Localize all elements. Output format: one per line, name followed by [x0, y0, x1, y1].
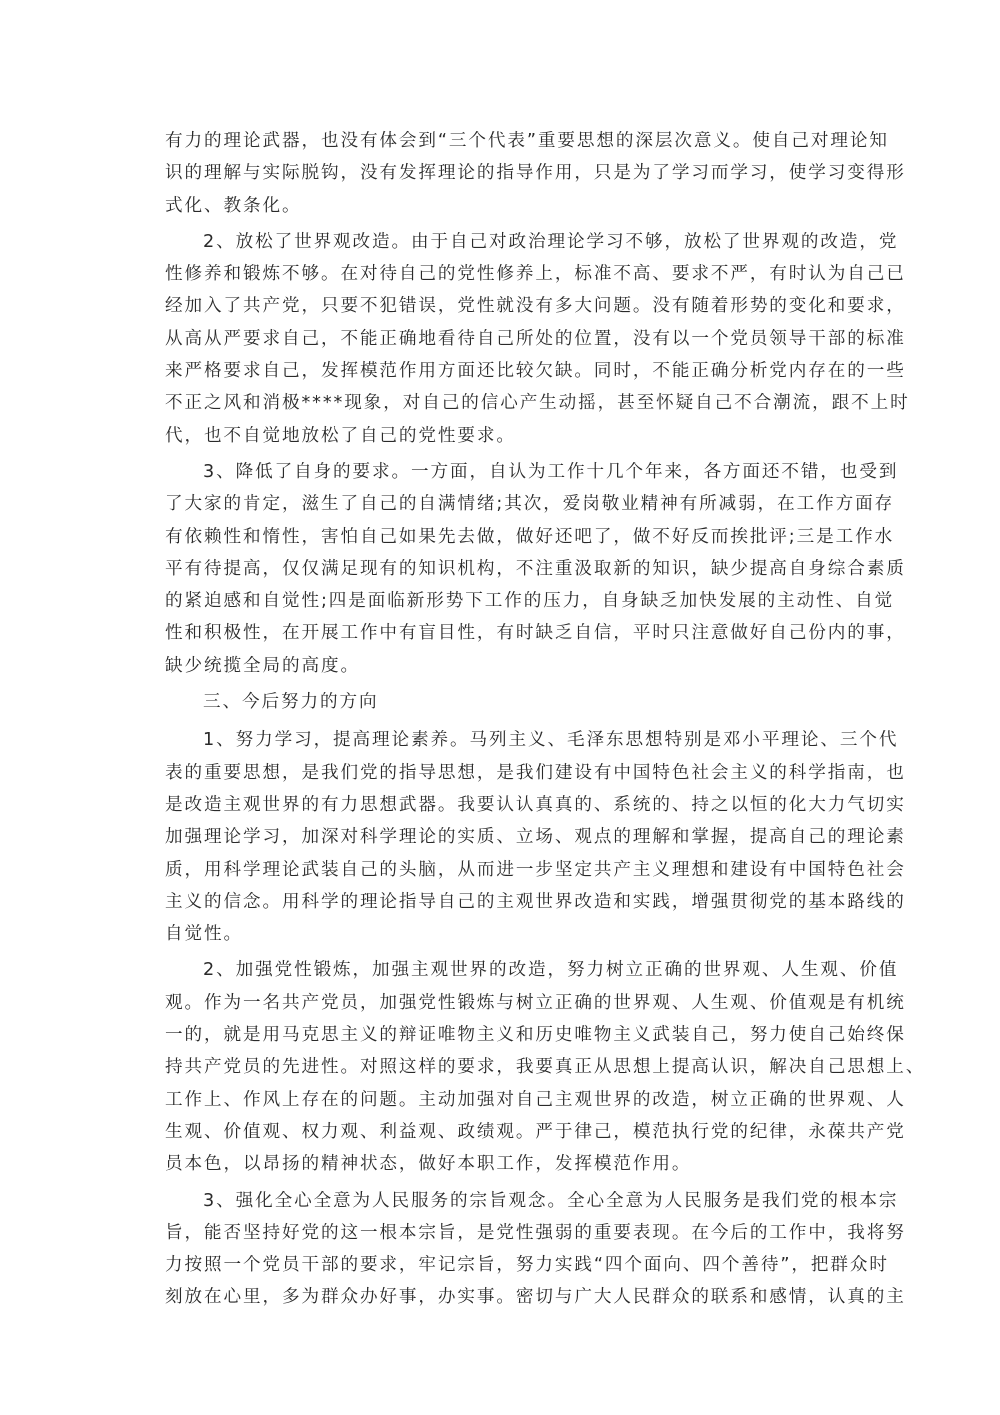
text-line: 缺少统揽全局的高度。: [165, 650, 837, 682]
text-line: 一的，就是用马克思主义的辩证唯物主义和历史唯物主义武装自己，努力使自己始终保: [165, 1019, 837, 1051]
text-line: 持共产党员的先进性。对照这样的要求，我要真正从思想上提高认识，解决自己思想上、: [165, 1051, 837, 1083]
text-line: 是改造主观世界的有力思想武器。我要认认真真的、系统的、持之以恒的化大力气切实: [165, 789, 837, 821]
text-line: 2、放松了世界观改造。由于自己对政治理论学习不够，放松了世界观的改造，党: [165, 226, 837, 258]
section-heading: 三、今后努力的方向: [165, 686, 837, 718]
paragraph-study-theory: 1、努力学习，提高理论素养。马列主义、毛泽东思想特别是邓小平理论、三个代 表的重…: [165, 724, 837, 950]
paragraph-serve-people: 3、强化全心全意为人民服务的宗旨观念。全心全意为人民服务是我们党的根本宗 旨，能…: [165, 1185, 837, 1314]
text-line: 经加入了共产党，只要不犯错误，党性就没有多大问题。没有随着形势的变化和要求，: [165, 290, 837, 322]
paragraph-lowered-requirements: 3、降低了自身的要求。一方面，自认为工作十几个年来，各方面还不错，也受到 了大家…: [165, 456, 837, 682]
text-line: 力按照一个党员干部的要求，牢记宗旨，努力实践“四个面向、四个善待”，把群众时: [165, 1249, 837, 1281]
text-line: 了大家的肯定，滋生了自己的自满情绪;其次，爱岗敬业精神有所减弱，在工作方面存: [165, 488, 837, 520]
text-line: 主义的信念。用科学的理论指导自己的主观世界改造和实践，增强贯彻党的基本路线的: [165, 886, 837, 918]
text-line: 刻放在心里，多为群众办好事，办实事。密切与广大人民群众的联系和感情，认真的主: [165, 1281, 837, 1313]
text-line: 代，也不自觉地放松了自己的党性要求。: [165, 420, 837, 452]
text-line: 员本色，以昂扬的精神状态，做好本职工作，发挥模范作用。: [165, 1148, 837, 1180]
text-line: 有依赖性和惰性，害怕自己如果先去做，做好还吧了，做不好反而挨批评;三是工作水: [165, 521, 837, 553]
text-line: 质，用科学理论武装自己的头脑，从而进一步坚定共产主义理想和建设有中国特色社会: [165, 854, 837, 886]
text-line: 有力的理论武器，也没有体会到“三个代表”重要思想的深层次意义。使自己对理论知: [165, 125, 837, 157]
text-line: 来严格要求自己，发挥模范作用方面还比较欠缺。同时，不能正确分析党内存在的一些: [165, 355, 837, 387]
paragraph-worldview-relaxed: 2、放松了世界观改造。由于自己对政治理论学习不够，放松了世界观的改造，党 性修养…: [165, 226, 837, 452]
text-line: 自觉性。: [165, 918, 837, 950]
text-line: 2、加强党性锻炼，加强主观世界的改造，努力树立正确的世界观、人生观、价值: [165, 954, 837, 986]
text-line: 识的理解与实际脱钩，没有发挥理论的指导作用，只是为了学习而学习，使学习变得形: [165, 157, 837, 189]
text-line: 平有待提高，仅仅满足现有的知识机构，不注重汲取新的知识，缺少提高自身综合素质: [165, 553, 837, 585]
text-line: 性修养和锻炼不够。在对待自己的党性修养上，标准不高、要求不严，有时认为自己已: [165, 258, 837, 290]
paragraph-theory-weapon: 有力的理论武器，也没有体会到“三个代表”重要思想的深层次意义。使自己对理论知 识…: [165, 125, 837, 222]
text-line: 式化、教条化。: [165, 190, 837, 222]
text-line: 3、降低了自身的要求。一方面，自认为工作十几个年来，各方面还不错，也受到: [165, 456, 837, 488]
document-page: 有力的理论武器，也没有体会到“三个代表”重要思想的深层次意义。使自己对理论知 识…: [0, 0, 1000, 1415]
paragraph-party-spirit: 2、加强党性锻炼，加强主观世界的改造，努力树立正确的世界观、人生观、价值 观。作…: [165, 954, 837, 1180]
text-line: 3、强化全心全意为人民服务的宗旨观念。全心全意为人民服务是我们党的根本宗: [165, 1185, 837, 1217]
text-line: 从高从严要求自己，不能正确地看待自己所处的位置，没有以一个党员领导干部的标准: [165, 323, 837, 355]
text-line: 工作上、作风上存在的问题。主动加强对自己主观世界的改造，树立正确的世界观、人: [165, 1084, 837, 1116]
text-line: 性和积极性，在开展工作中有盲目性，有时缺乏自信，平时只注意做好自己份内的事，: [165, 617, 837, 649]
text-line: 的紧迫感和自觉性;四是面临新形势下工作的压力，自身缺乏加快发展的主动性、自觉: [165, 585, 837, 617]
text-line: 不正之风和消极****现象，对自己的信心产生动摇，甚至怀疑自己不合潮流，跟不上时: [165, 387, 837, 419]
text-line: 旨，能否坚持好党的这一根本宗旨，是党性强弱的重要表现。在今后的工作中，我将努: [165, 1217, 837, 1249]
text-line: 1、努力学习，提高理论素养。马列主义、毛泽东思想特别是邓小平理论、三个代: [165, 724, 837, 756]
text-line: 表的重要思想，是我们党的指导思想，是我们建设有中国特色社会主义的科学指南，也: [165, 757, 837, 789]
text-line: 生观、价值观、权力观、利益观、政绩观。严于律己，模范执行党的纪律，永葆共产党: [165, 1116, 837, 1148]
text-line: 观。作为一名共产党员，加强党性锻炼与树立正确的世界观、人生观、价值观是有机统: [165, 987, 837, 1019]
document-body: 有力的理论武器，也没有体会到“三个代表”重要思想的深层次意义。使自己对理论知 识…: [165, 125, 837, 1318]
text-line: 加强理论学习，加深对科学理论的实质、立场、观点的理解和掌握，提高自己的理论素: [165, 821, 837, 853]
